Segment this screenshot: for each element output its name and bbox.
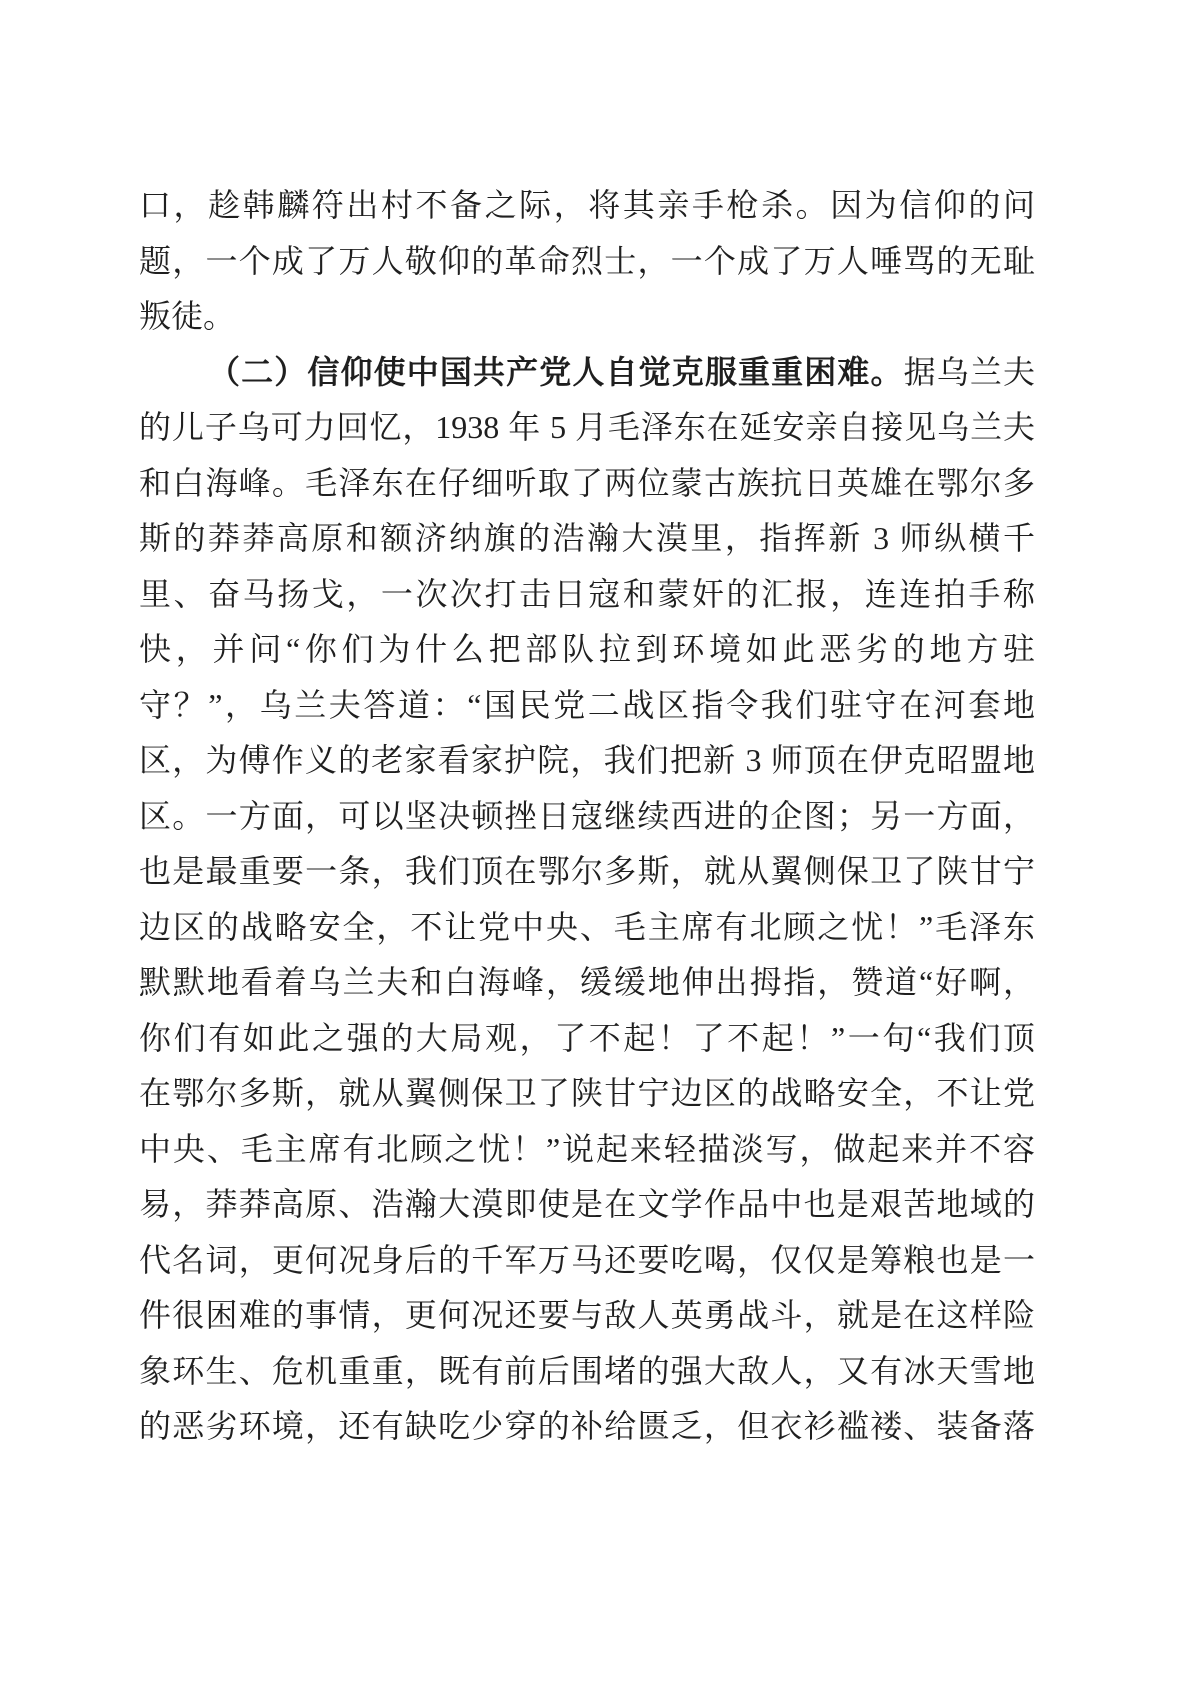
text-segment: 也是最重要一条，我们顶在鄂尔多斯，就从翼侧保卫了陕甘宁: [139, 853, 1035, 889]
text-segment: 件很困难的事情，更何况还要与敌人英勇战斗，就是在这样险: [139, 1297, 1035, 1333]
text-line: 中央、毛主席有北顾之忧！”说起来轻描淡写，做起来并不容: [139, 1122, 1035, 1178]
text-line: 件很困难的事情，更何况还要与敌人英勇战斗，就是在这样险: [139, 1288, 1035, 1344]
text-line: 边区的战略安全，不让党中央、毛主席有北顾之忧！”毛泽东: [139, 900, 1035, 956]
text-segment: 默默地看着乌兰夫和白海峰，缓缓地伸出拇指，赞道“好啊，: [139, 964, 1035, 1000]
text-segment: 口，趁韩麟符出村不备之际，将其亲手枪杀。因为信仰的问: [139, 187, 1035, 223]
text-segment: 你们有如此之强的大局观，了不起！了不起！”一句“我们顶: [139, 1020, 1035, 1056]
text-segment: 易，莽莽高原、浩瀚大漠即使是在文学作品中也是艰苦地域的: [139, 1186, 1035, 1222]
text-line: 守？”，乌兰夫答道：“国民党二战区指令我们驻守在河套地: [139, 678, 1035, 734]
text-line: 区。一方面，可以坚决顿挫日寇继续西进的企图；另一方面，: [139, 789, 1035, 845]
text-segment: 边区的战略安全，不让党中央、毛主席有北顾之忧！”毛泽东: [139, 909, 1035, 945]
text-segment: 斯的莽莽高原和额济纳旗的浩瀚大漠里，指挥新 3 师纵横千: [139, 520, 1035, 556]
text-segment: 在鄂尔多斯，就从翼侧保卫了陕甘宁边区的战略安全，不让党: [139, 1075, 1035, 1111]
text-line: 象环生、危机重重，既有前后围堵的强大敌人，又有冰天雪地: [139, 1344, 1035, 1400]
text-line: 在鄂尔多斯，就从翼侧保卫了陕甘宁边区的战略安全，不让党: [139, 1066, 1035, 1122]
text-line: 的儿子乌可力回忆，1938 年 5 月毛泽东在延安亲自接见乌兰夫: [139, 400, 1035, 456]
text-line: 代名词，更何况身后的千军万马还要吃喝，仅仅是筹粮也是一: [139, 1233, 1035, 1289]
text-line: 快，并问“你们为什么把部队拉到环境如此恶劣的地方驻: [139, 622, 1035, 678]
text-line: 的恶劣环境，还有缺吃少穿的补给匮乏，但衣衫褴褛、装备落: [139, 1399, 1035, 1455]
text-line: 斯的莽莽高原和额济纳旗的浩瀚大漠里，指挥新 3 师纵横千: [139, 511, 1035, 567]
text-line: 叛徒。: [139, 289, 1035, 345]
text-segment: 和白海峰。毛泽东在仔细听取了两位蒙古族抗日英雄在鄂尔多: [139, 465, 1035, 501]
text-segment: 区。一方面，可以坚决顿挫日寇继续西进的企图；另一方面，: [139, 798, 1035, 834]
text-segment: 里、奋马扬戈，一次次打击日寇和蒙奸的汇报，连连拍手称: [139, 576, 1035, 612]
text-line: 易，莽莽高原、浩瀚大漠即使是在文学作品中也是艰苦地域的: [139, 1177, 1035, 1233]
text-line: 口，趁韩麟符出村不备之际，将其亲手枪杀。因为信仰的问: [139, 178, 1035, 234]
text-segment: 中央、毛主席有北顾之忧！”说起来轻描淡写，做起来并不容: [139, 1131, 1035, 1167]
text-line: 题，一个成了万人敬仰的革命烈士，一个成了万人唾骂的无耻: [139, 234, 1035, 290]
document-page: 口，趁韩麟符出村不备之际，将其亲手枪杀。因为信仰的问题，一个成了万人敬仰的革命烈…: [0, 0, 1190, 1683]
text-segment: 代名词，更何况身后的千军万马还要吃喝，仅仅是筹粮也是一: [139, 1242, 1035, 1278]
text-segment: 的恶劣环境，还有缺吃少穿的补给匮乏，但衣衫褴褛、装备落: [139, 1408, 1035, 1444]
text-segment: 叛徒。: [139, 298, 235, 334]
text-line: 里、奋马扬戈，一次次打击日寇和蒙奸的汇报，连连拍手称: [139, 567, 1035, 623]
text-line: 也是最重要一条，我们顶在鄂尔多斯，就从翼侧保卫了陕甘宁: [139, 844, 1035, 900]
text-segment: 据乌兰夫: [904, 354, 1035, 390]
text-line: 默默地看着乌兰夫和白海峰，缓缓地伸出拇指，赞道“好啊，: [139, 955, 1035, 1011]
text-segment: 题，一个成了万人敬仰的革命烈士，一个成了万人唾骂的无耻: [139, 243, 1035, 279]
text-segment: 守？”，乌兰夫答道：“国民党二战区指令我们驻守在河套地: [139, 687, 1035, 723]
text-segment: 象环生、危机重重，既有前后围堵的强大敌人，又有冰天雪地: [139, 1353, 1035, 1389]
text-segment: 区，为傅作义的老家看家护院，我们把新 3 师顶在伊克昭盟地: [139, 742, 1035, 778]
text-line: 区，为傅作义的老家看家护院，我们把新 3 师顶在伊克昭盟地: [139, 733, 1035, 789]
text-line: （二）信仰使中国共产党人自觉克服重重困难。据乌兰夫: [139, 345, 1035, 401]
text-lines-container: 口，趁韩麟符出村不备之际，将其亲手枪杀。因为信仰的问题，一个成了万人敬仰的革命烈…: [139, 178, 1035, 1455]
section-heading: （二）信仰使中国共产党人自觉克服重重困难。: [208, 354, 904, 390]
text-segment: 快，并问“你们为什么把部队拉到环境如此恶劣的地方驻: [139, 631, 1035, 667]
text-segment: 的儿子乌可力回忆，1938 年 5 月毛泽东在延安亲自接见乌兰夫: [139, 409, 1035, 445]
text-line: 和白海峰。毛泽东在仔细听取了两位蒙古族抗日英雄在鄂尔多: [139, 456, 1035, 512]
text-line: 你们有如此之强的大局观，了不起！了不起！”一句“我们顶: [139, 1011, 1035, 1067]
